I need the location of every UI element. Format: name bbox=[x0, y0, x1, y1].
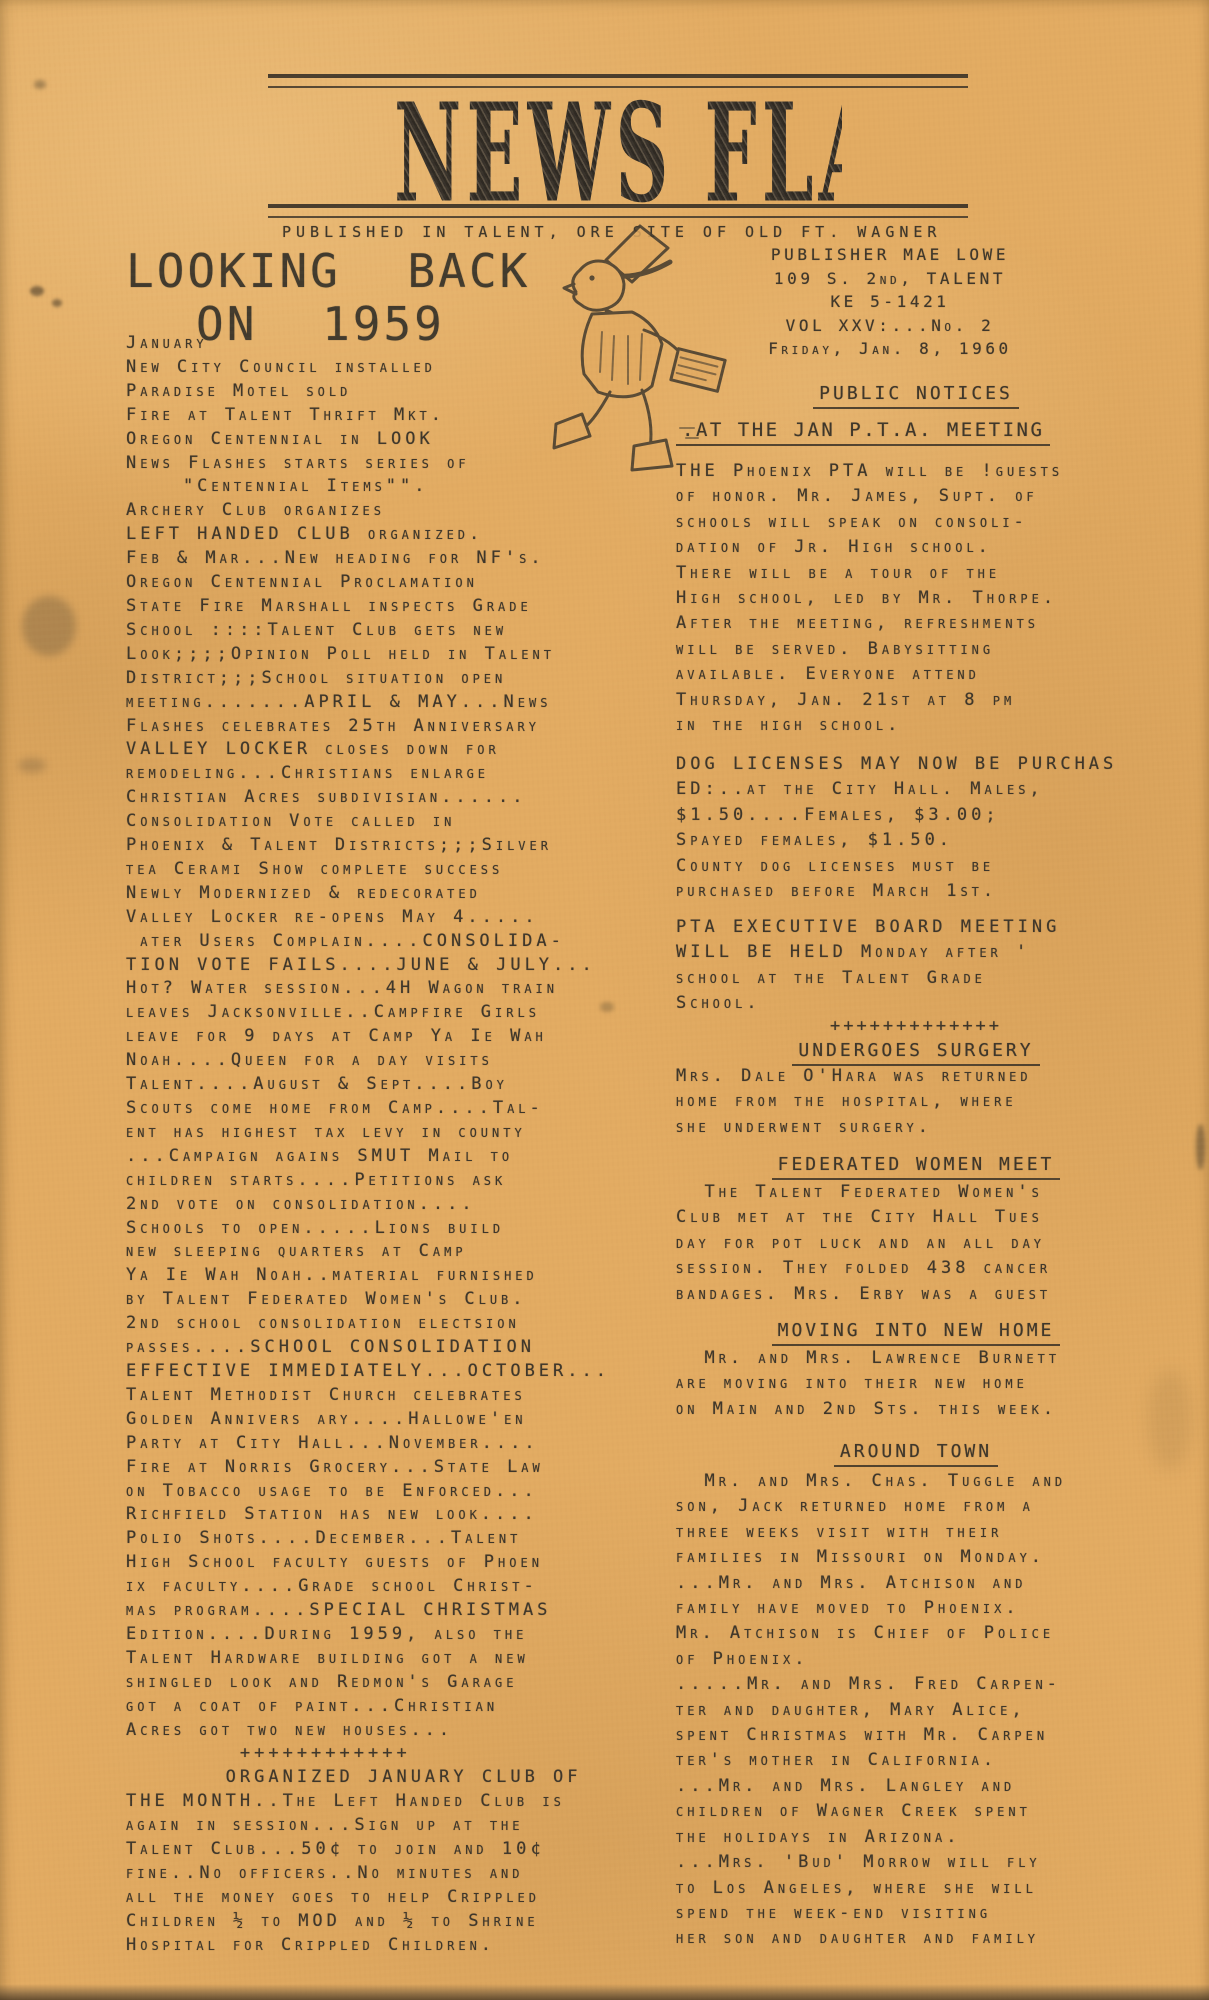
text-line: "Centennial Items"". bbox=[126, 475, 646, 499]
text-line: new sleeping quarters at Camp bbox=[126, 1240, 646, 1264]
text-line: WILL BE HELD Monday after ' bbox=[676, 940, 1166, 965]
section-title-federated-women: FEDERATED WOMEN MEET bbox=[676, 1154, 1156, 1175]
text-line: three weeks visit with their bbox=[676, 1520, 1166, 1545]
text-line: ater Users Complain....CONSOLIDA- bbox=[126, 930, 646, 954]
text-line: Talent Club...50¢ to join and 10¢ bbox=[126, 1838, 646, 1862]
text-line: High School faculty guests of Phoen bbox=[126, 1551, 646, 1575]
text-line: ++++++++++++ bbox=[126, 1742, 646, 1766]
text-line: son, Jack returned home from a bbox=[676, 1494, 1166, 1519]
text-line: on Main and 2nd Sts. this week. bbox=[676, 1397, 1166, 1422]
text-line: Oregon Centennial Proclamation bbox=[126, 571, 646, 595]
text-line: leave for 9 days at Camp Ya Ie Wah bbox=[126, 1025, 646, 1049]
text-line: Talent Hardware building got a new bbox=[126, 1647, 646, 1671]
text-line: of Phoenix. bbox=[676, 1647, 1166, 1672]
text-line: spend the week-end visiting bbox=[676, 1901, 1166, 1926]
text-line: VOL XXV:...No. 2 bbox=[655, 314, 1125, 338]
text-line: Fire at Norris Grocery...State Law bbox=[126, 1456, 646, 1480]
text-line: Valley Locker re-opens May 4..... bbox=[126, 906, 646, 930]
text-line: LEFT HANDED CLUB organized. bbox=[126, 523, 646, 547]
right-separator: +++++++++++++ bbox=[676, 1016, 1156, 1036]
text-line: New City Council installed bbox=[126, 356, 646, 380]
section-title-public-notices: PUBLIC NOTICES bbox=[676, 383, 1156, 404]
text-line: TION VOTE FAILS....JUNE & JULY... bbox=[126, 954, 646, 978]
text-line: session. They folded 438 cancer bbox=[676, 1256, 1166, 1281]
text-line: 2nd vote on consolidation.... bbox=[126, 1193, 646, 1217]
publisher-block: PUBLISHER MAE LOWE109 S. 2nd, TALENTKE 5… bbox=[655, 243, 1125, 361]
text-line: spent Christmas with Mr. Carpen bbox=[676, 1723, 1166, 1748]
text-line: School ::::Talent Club gets new bbox=[126, 619, 646, 643]
text-line: Look;;;;Opinion Poll held in Talent bbox=[126, 643, 646, 667]
text-line: dation of Jr. High school. bbox=[676, 535, 1166, 560]
text-line: DOG LICENSES MAY NOW BE PURCHAS bbox=[676, 752, 1166, 777]
pta-meeting-title: .AT THE JAN P.T.A. MEETING bbox=[676, 419, 1050, 446]
text-line: Club met at the City Hall Tues bbox=[676, 1205, 1166, 1230]
text-line: ix faculty....Grade school Christ- bbox=[126, 1575, 646, 1599]
public-notices-title: PUBLIC NOTICES bbox=[813, 383, 1019, 409]
text-line: remodeling...Christians enlarge bbox=[126, 762, 646, 786]
text-line: school at the Talent Grade bbox=[676, 966, 1166, 991]
text-line: Richfield Station has new look.... bbox=[126, 1503, 646, 1527]
text-line: Mr. Atchison is Chief of Police bbox=[676, 1621, 1166, 1646]
text-line: mas program....SPECIAL CHRISTMAS bbox=[126, 1599, 646, 1623]
text-line: Consolidation Vote called in bbox=[126, 810, 646, 834]
text-line: School. bbox=[676, 991, 1166, 1016]
text-line: children starts....Petitions ask bbox=[126, 1169, 646, 1193]
text-line: ...Campaign agains SMUT Mail to bbox=[126, 1145, 646, 1169]
text-line: Edition....During 1959, also the bbox=[126, 1623, 646, 1647]
text-line: High school, led by Mr. Thorpe. bbox=[676, 586, 1166, 611]
paper-mark bbox=[1196, 1124, 1205, 1170]
text-line: Flashes celebrates 25th Anniversary bbox=[126, 715, 646, 739]
text-line: Mr. and Mrs. Lawrence Burnett bbox=[676, 1346, 1166, 1371]
text-line: KE 5-1421 bbox=[655, 290, 1125, 314]
text-line: Christian Acres subdivisian...... bbox=[126, 786, 646, 810]
around-town-paragraph: Mr. and Mrs. Chas. Tuggle andson, Jack r… bbox=[676, 1469, 1166, 1952]
text-line: Newly Modernized & redecorated bbox=[126, 882, 646, 906]
text-line: Ya Ie Wah Noah..material furnished bbox=[126, 1264, 646, 1288]
text-line: District;;;School situation open bbox=[126, 667, 646, 691]
text-line: got a coat of paint...Christian bbox=[126, 1695, 646, 1719]
text-line: the holidays in Arizona. bbox=[676, 1825, 1166, 1850]
text-line: meeting.......APRIL & MAY...News bbox=[126, 691, 646, 715]
text-line: Thursday, Jan. 21st at 8 pm bbox=[676, 688, 1166, 713]
text-line: 109 S. 2nd, TALENT bbox=[655, 267, 1125, 291]
text-line: Spayed females, $1.50. bbox=[676, 828, 1166, 853]
text-line: ...Mrs. 'Bud' Morrow will fly bbox=[676, 1850, 1166, 1875]
text-line: schools will speak on consoli- bbox=[676, 510, 1166, 535]
text-line: day for pot luck and an all day bbox=[676, 1231, 1166, 1256]
text-line: home from the hospital, where bbox=[676, 1089, 1166, 1114]
text-line: on Tobacco usage to be Enforced... bbox=[126, 1480, 646, 1504]
text-line: are moving into their new home bbox=[676, 1371, 1166, 1396]
text-line: Acres got two new houses... bbox=[126, 1719, 646, 1743]
text-line: Scouts come home from Camp....Tal- bbox=[126, 1097, 646, 1121]
text-line: The Talent Federated Women's bbox=[676, 1180, 1166, 1205]
text-line: After the meeting, refreshments bbox=[676, 611, 1166, 636]
pta-meeting-paragraph: THE Phoenix PTA will be !guestsof honor.… bbox=[676, 459, 1166, 738]
paper-stain bbox=[22, 596, 76, 656]
text-line: Fire at Talent Thrift Mkt. bbox=[126, 404, 646, 428]
text-line: passes....SCHOOL CONSOLIDATION bbox=[126, 1336, 646, 1360]
text-line: Polio Shots....December...Talent bbox=[126, 1527, 646, 1551]
text-line: Archery Club organizes bbox=[126, 499, 646, 523]
text-line: Noah....Queen for a day visits bbox=[126, 1049, 646, 1073]
text-line: News Flashes starts series of bbox=[126, 452, 646, 476]
text-line: available. Everyone attend bbox=[676, 662, 1166, 687]
headline-looking-back: LOOKING BACK bbox=[126, 244, 530, 298]
text-line: she underwent surgery. bbox=[676, 1115, 1166, 1140]
text-line: tea Cerami Show complete success bbox=[126, 858, 646, 882]
text-line: Mr. and Mrs. Chas. Tuggle and bbox=[676, 1469, 1166, 1494]
section-title-undergoes-surgery: UNDERGOES SURGERY bbox=[676, 1040, 1156, 1061]
text-line: children of Wagner Creek spent bbox=[676, 1799, 1166, 1824]
text-line: by Talent Federated Women's Club. bbox=[126, 1288, 646, 1312]
masthead-title: NEWS FLASHES bbox=[394, 86, 842, 222]
text-line: January bbox=[126, 332, 646, 356]
dog-licenses-paragraph: DOG LICENSES MAY NOW BE PURCHASED:..at t… bbox=[676, 752, 1166, 904]
text-line: Phoenix & Talent Districts;;;Silver bbox=[126, 834, 646, 858]
text-line: THE MONTH..The Left Handed Club is bbox=[126, 1790, 646, 1814]
text-line: ED:..at the City Hall. Males, bbox=[676, 777, 1166, 802]
text-line: ent has highest tax levy in county bbox=[126, 1121, 646, 1145]
text-line: State Fire Marshall inspects Grade bbox=[126, 595, 646, 619]
pta-board-paragraph: PTA EXECUTIVE BOARD MEETINGWILL BE HELD … bbox=[676, 915, 1166, 1017]
text-line: Feb & Mar...New heading for NF's. bbox=[126, 547, 646, 571]
text-line: shingled look and Redmon's Garage bbox=[126, 1671, 646, 1695]
text-line: all the money goes to help Crippled bbox=[126, 1886, 646, 1910]
text-line: Party at City Hall...November.... bbox=[126, 1432, 646, 1456]
paper-speck bbox=[34, 80, 46, 89]
text-line: in the high school. bbox=[676, 713, 1166, 738]
text-line: ...Mr. and Mrs. Atchison and bbox=[676, 1571, 1166, 1596]
text-line: Talent Methodist Church celebrates bbox=[126, 1384, 646, 1408]
text-line: Talent....August & Sept....Boy bbox=[126, 1073, 646, 1097]
text-line: There will be a tour of the bbox=[676, 561, 1166, 586]
federated-paragraph: The Talent Federated Women'sClub met at … bbox=[676, 1180, 1166, 1307]
text-line: ...Mr. and Mrs. Langley and bbox=[676, 1774, 1166, 1799]
text-line: fine..No officers..No minutes and bbox=[126, 1862, 646, 1886]
text-line: Paradise Motel sold bbox=[126, 380, 646, 404]
paper-stain bbox=[18, 758, 46, 773]
text-line: Schools to open.....Lions build bbox=[126, 1217, 646, 1241]
text-line: VALLEY LOCKER closes down for bbox=[126, 738, 646, 762]
text-line: Oregon Centennial in LOOK bbox=[126, 428, 646, 452]
newsletter-page: NEWS FLASHES PUBLISHED IN TALENT, ORE SI… bbox=[0, 0, 1209, 2000]
text-line: leaves Jacksonville..Campfire Girls bbox=[126, 1001, 646, 1025]
text-line: again in session...Sign up at the bbox=[126, 1814, 646, 1838]
text-line: will be served. Babysitting bbox=[676, 637, 1166, 662]
text-line: Hospital for Crippled Children. bbox=[126, 1934, 646, 1958]
section-title-around-town: AROUND TOWN bbox=[676, 1441, 1156, 1462]
surgery-title: UNDERGOES SURGERY bbox=[792, 1040, 1039, 1066]
text-line: 2nd school consolidation electsion bbox=[126, 1312, 646, 1336]
text-line: bandages. Mrs. Erby was a guest bbox=[676, 1282, 1166, 1307]
text-line: PUBLISHER MAE LOWE bbox=[655, 243, 1125, 267]
text-line: Golden Annivers ary....Hallowe'en bbox=[126, 1408, 646, 1432]
masthead-rule-bottom bbox=[268, 204, 968, 218]
around-town-title: AROUND TOWN bbox=[834, 1441, 998, 1467]
section-title-moving: MOVING INTO NEW HOME bbox=[676, 1320, 1156, 1341]
paper-speck bbox=[52, 299, 62, 307]
text-line: Friday, Jan. 8, 1960 bbox=[655, 337, 1125, 361]
text-line: EFFECTIVE IMMEDIATELY...OCTOBER... bbox=[126, 1360, 646, 1384]
text-line: ORGANIZED JANUARY CLUB OF bbox=[126, 1766, 646, 1790]
federated-title: FEDERATED WOMEN MEET bbox=[772, 1154, 1061, 1180]
surgery-paragraph: Mrs. Dale O'Hara was returnedhome from t… bbox=[676, 1064, 1166, 1140]
paper-speck bbox=[30, 286, 44, 296]
text-line: of honor. Mr. James, Supt. of bbox=[676, 484, 1166, 509]
text-line: families in Missouri on Monday. bbox=[676, 1545, 1166, 1570]
text-line: $1.50....Females, $3.00; bbox=[676, 803, 1166, 828]
page-bottom-edge bbox=[0, 1984, 1209, 2000]
text-line: Mrs. Dale O'Hara was returned bbox=[676, 1064, 1166, 1089]
left-column-body: JanuaryNew City Council installedParadis… bbox=[126, 332, 646, 1958]
text-line: THE Phoenix PTA will be !guests bbox=[676, 459, 1166, 484]
text-line: her son and daughter and family bbox=[676, 1926, 1166, 1951]
text-line: family have moved to Phoenix. bbox=[676, 1596, 1166, 1621]
text-line: Hot? Water session...4H Wagon train bbox=[126, 977, 646, 1001]
text-line: ter's mother in California. bbox=[676, 1748, 1166, 1773]
text-line: to Los Angeles, where she will bbox=[676, 1876, 1166, 1901]
moving-paragraph: Mr. and Mrs. Lawrence Burnettare moving … bbox=[676, 1346, 1166, 1422]
moving-title: MOVING INTO NEW HOME bbox=[772, 1320, 1061, 1346]
text-line: Children ½ to MOD and ½ to Shrine bbox=[126, 1910, 646, 1934]
text-line: ter and daughter, Mary Alice, bbox=[676, 1698, 1166, 1723]
text-line: County dog licenses must be bbox=[676, 854, 1166, 879]
text-line: .....Mr. and Mrs. Fred Carpen- bbox=[676, 1672, 1166, 1697]
text-line: PTA EXECUTIVE BOARD MEETING bbox=[676, 915, 1166, 940]
section-title-pta-meeting: .AT THE JAN P.T.A. MEETING bbox=[676, 419, 1156, 441]
text-line: purchased before March 1st. bbox=[676, 879, 1166, 904]
